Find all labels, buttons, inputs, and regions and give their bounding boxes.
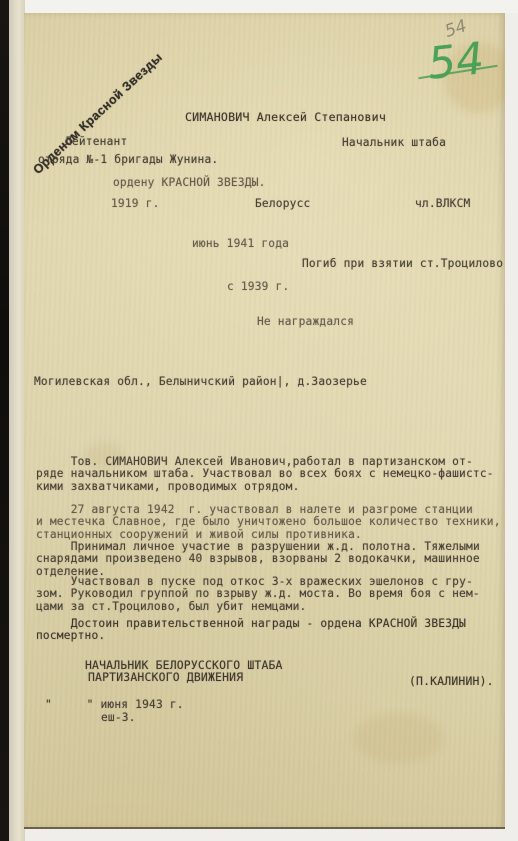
unit-line: отряда №-1 бригады Жунина.: [38, 153, 218, 166]
scan-left-edge: [0, 0, 9, 841]
body-paragraph-2: 27 августа 1942 г. участвовал в налете и…: [36, 504, 505, 541]
signature-name: (П.КАЛИНИН).: [409, 674, 494, 688]
prior-awards: Не награждался: [257, 315, 354, 328]
birth-year: 1919 г.: [111, 197, 160, 210]
date-line: " " июня 1943 г.: [45, 698, 184, 711]
paper-stain: [354, 713, 444, 763]
signature-title-line2: ПАРТИЗАНСКОГО ДВИЖЕНИЯ: [88, 670, 243, 684]
award-line: ордену КРАСНОЙ ЗВЕЗДЫ.: [113, 176, 266, 189]
nationality: Белорусс: [255, 197, 310, 210]
body-paragraph-5: Достоин правительственной награды - орде…: [36, 618, 505, 643]
underlying-page-edge: [9, 0, 25, 841]
typist-ref: еш-3.: [101, 711, 136, 724]
body-paragraph-4: Участвовал в пуске под откос 3-х вражеск…: [36, 576, 505, 613]
document-scan: 54 54 Орденом Красной Звезды СИМАНОВИЧ А…: [0, 0, 518, 841]
party-status: чл.ВЛКСМ: [415, 197, 470, 210]
recipient-name-line: СИМАНОВИЧ Алексей Степанович: [185, 110, 386, 124]
body-paragraph-3: Принимал личное участие в разрушении ж.д…: [36, 541, 505, 578]
death-note: Погиб при взятии ст.Троцилово: [302, 257, 503, 270]
body-paragraph-1: Тов. СИМАНОВИЧ Алексей Иванович,работал …: [36, 456, 505, 493]
green-page-number: 54: [425, 33, 486, 90]
komsomol-since: с 1939 г.: [227, 280, 289, 293]
in-partisans-since: июнь 1941 года: [192, 237, 289, 250]
position-label: Начальник штаба: [342, 136, 446, 149]
paper-sheet: 54 54 Орденом Красной Звезды СИМАНОВИЧ А…: [24, 13, 505, 829]
scan-background: [25, 0, 518, 13]
rank-label: Лейтенант: [65, 135, 127, 148]
address-line: Могилевская обл., Белыничский район|, д.…: [34, 375, 367, 388]
